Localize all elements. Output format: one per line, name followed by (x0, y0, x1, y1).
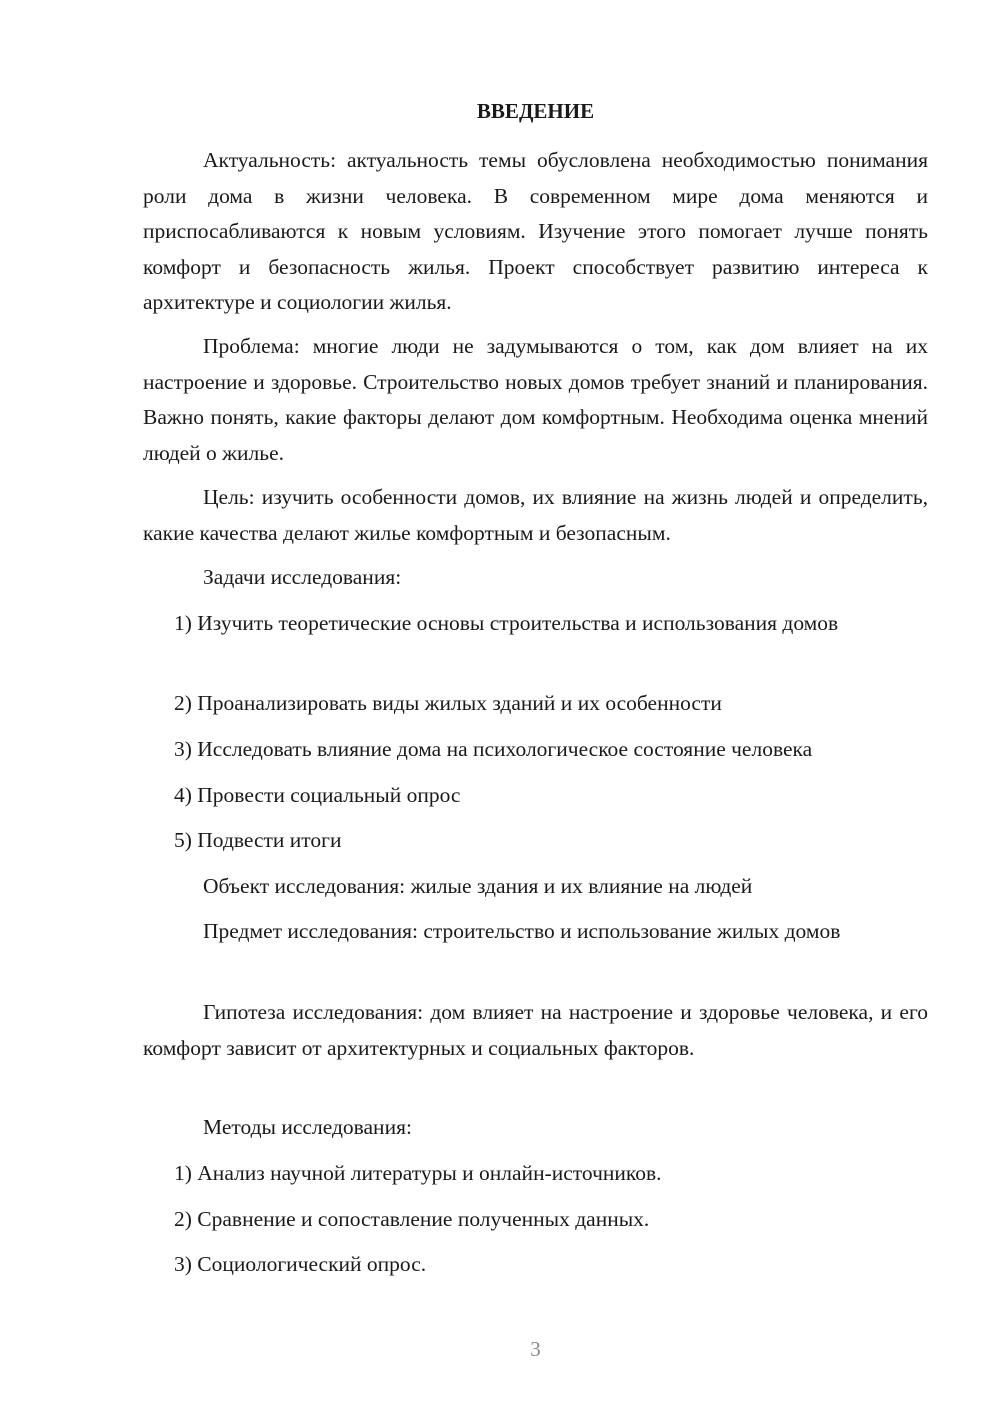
task-item-1: 1) Изучить теоретические основы строител… (143, 606, 928, 642)
relevance-paragraph: Актуальность: актуальность темы обусловл… (143, 143, 928, 321)
task-item-2: 2) Проанализировать виды жилых зданий и … (143, 686, 928, 722)
methods-heading: Методы исследования: (143, 1110, 928, 1146)
hypothesis-paragraph: Гипотеза исследования: дом влияет на нас… (143, 995, 928, 1066)
object-paragraph: Объект исследования: жилые здания и их в… (143, 869, 928, 905)
method-item-1: 1) Анализ научной литературы и онлайн-ис… (143, 1156, 928, 1192)
page-number: 3 (143, 1334, 928, 1364)
problem-paragraph: Проблема: многие люди не задумываются о … (143, 329, 928, 471)
subject-paragraph: Предмет исследования: строительство и ис… (143, 914, 928, 950)
task-item-5: 5) Подвести итоги (143, 823, 928, 859)
tasks-heading: Задачи исследования: (143, 560, 928, 596)
task-item-3: 3) Исследовать влияние дома на психологи… (143, 732, 928, 768)
method-item-3: 3) Социологический опрос. (143, 1247, 928, 1283)
method-item-2: 2) Сравнение и сопоставление полученных … (143, 1202, 928, 1238)
section-title: ВВЕДЕНИЕ (143, 96, 928, 126)
goal-paragraph: Цель: изучить особенности домов, их влия… (143, 480, 928, 551)
task-item-4: 4) Провести социальный опрос (143, 778, 928, 814)
